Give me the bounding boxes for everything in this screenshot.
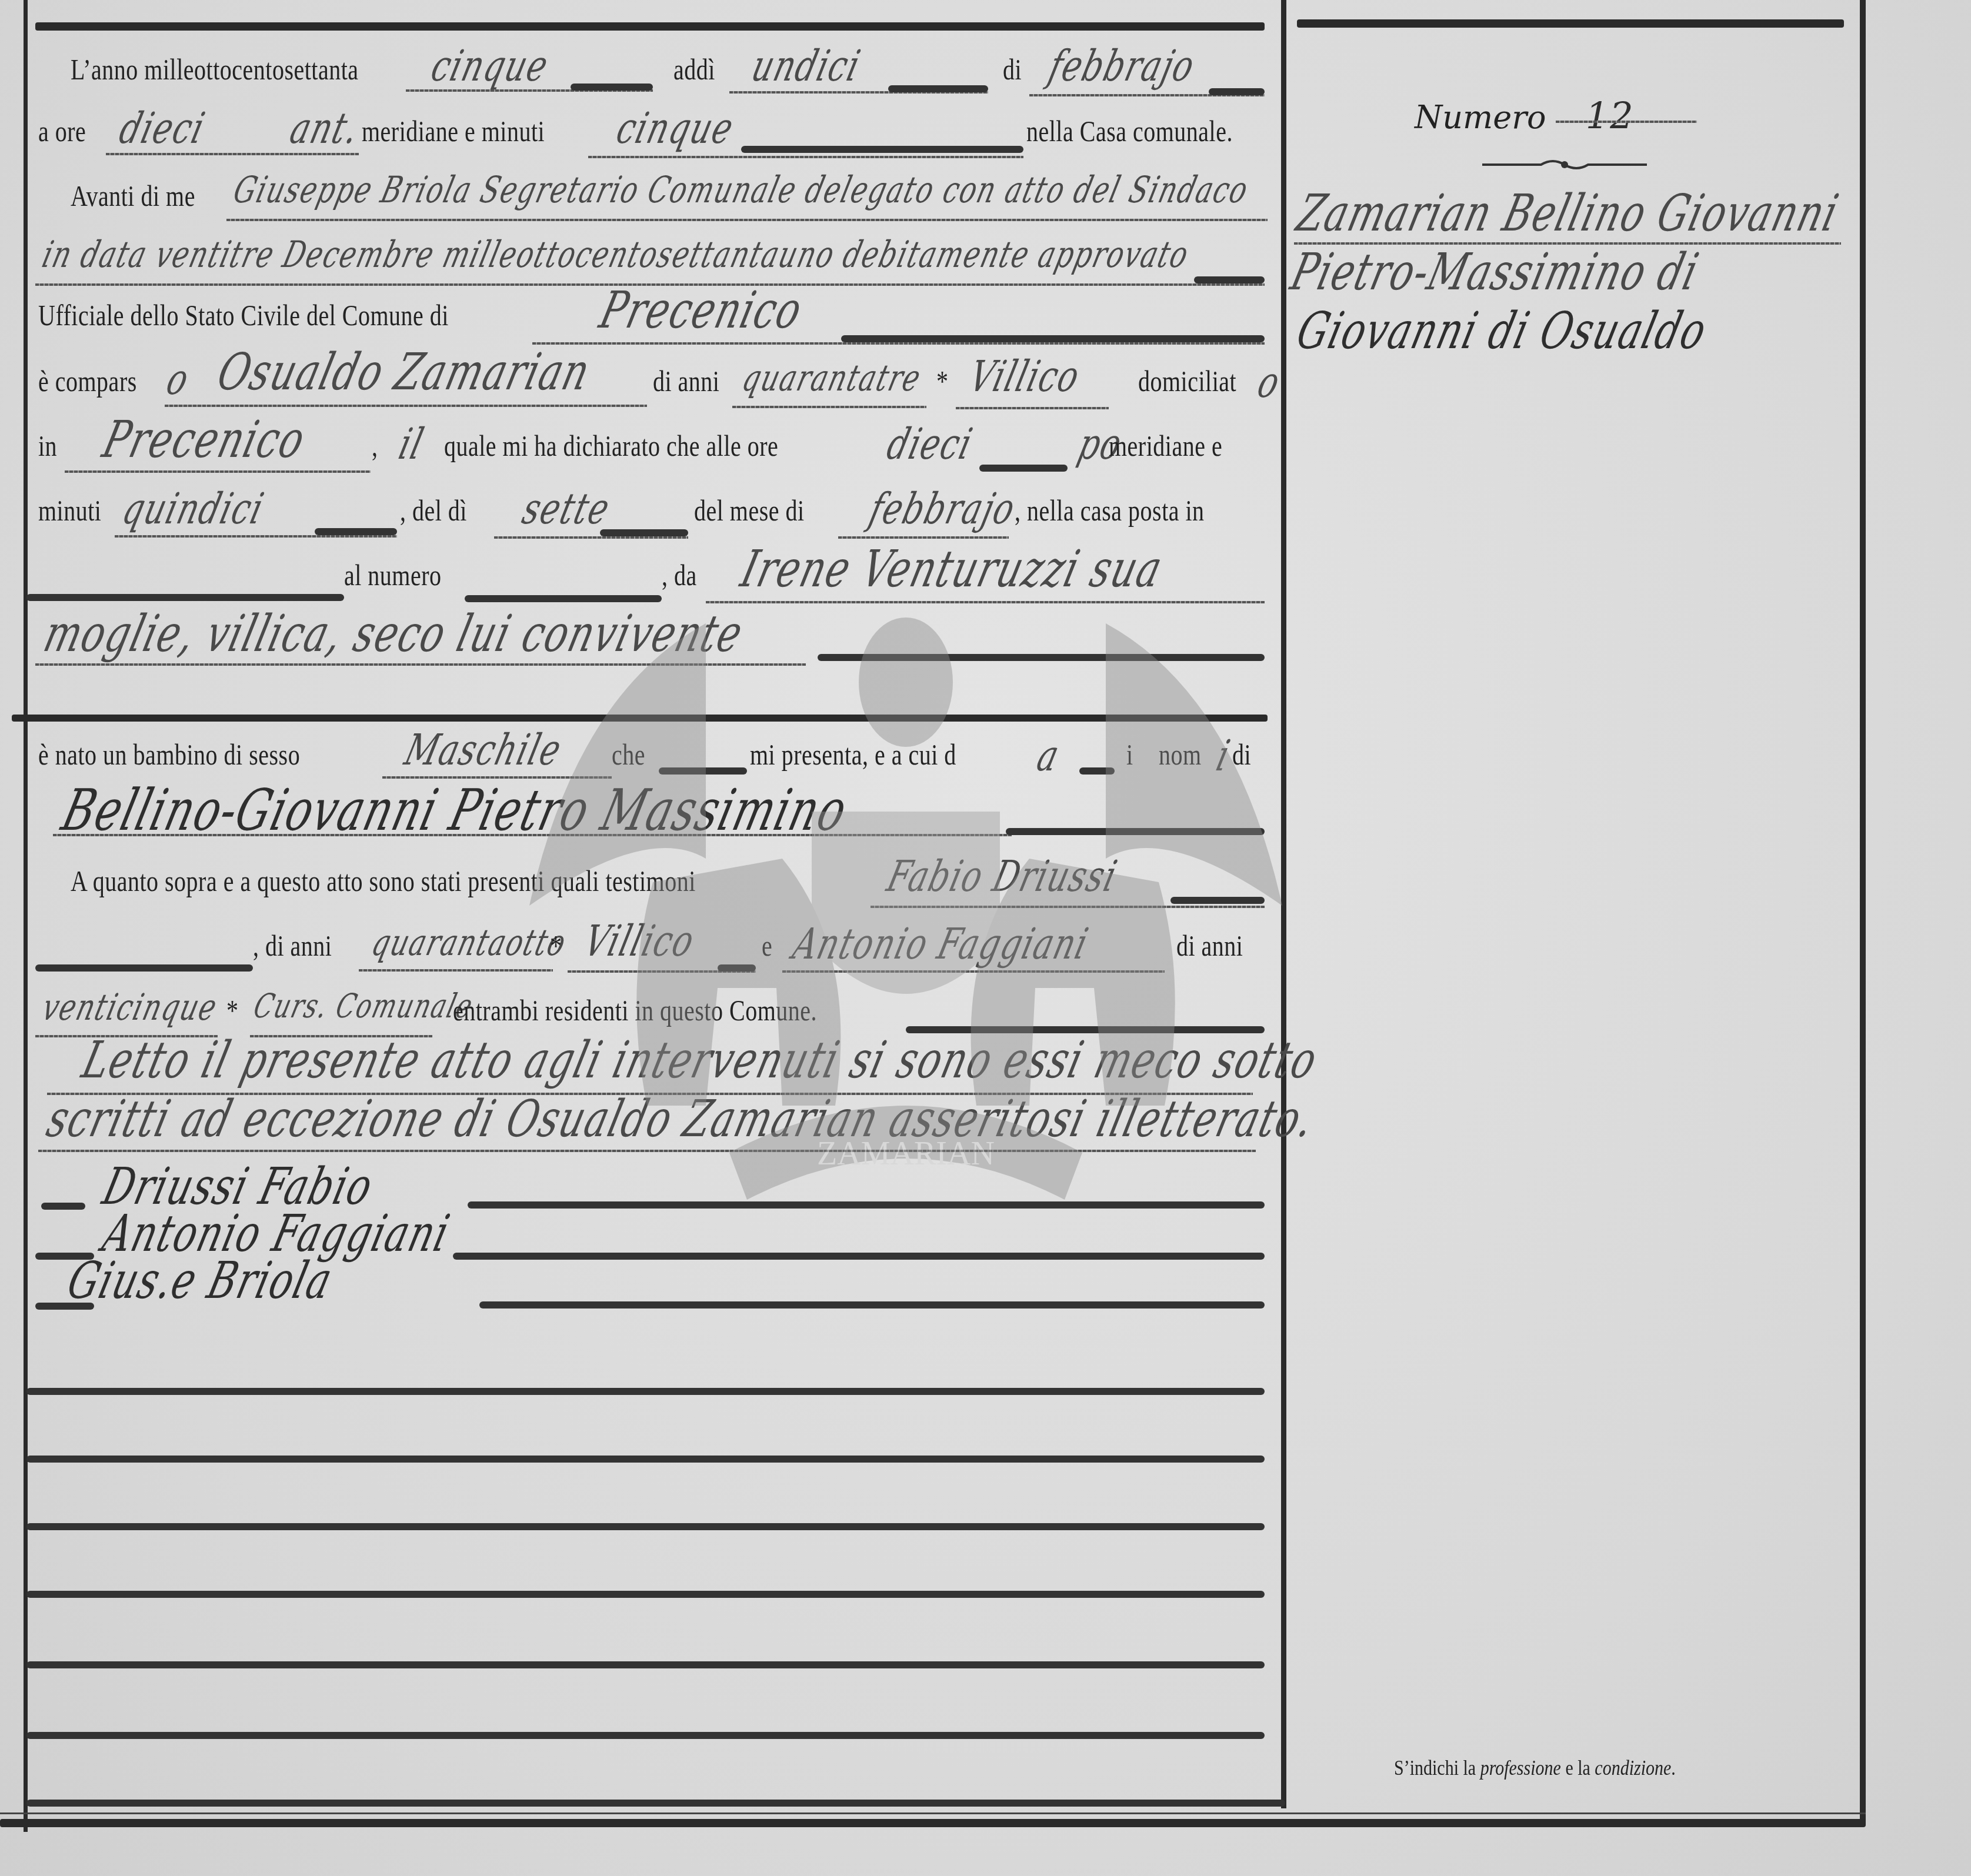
printed-text: * xyxy=(226,993,239,1027)
handwritten-sex: Maschile xyxy=(400,725,567,775)
handwritten-age2: venticinque xyxy=(38,986,222,1029)
printed-text: al numero xyxy=(344,558,442,592)
top-rule-right xyxy=(1297,19,1844,28)
margin-annotation-line: Giovanni di Osualdo xyxy=(1291,302,1713,361)
right-border xyxy=(1860,0,1866,1823)
margin-annotation-line: Pietro-Massimino di xyxy=(1285,243,1705,302)
printed-text: , nella casa posta in xyxy=(1015,493,1205,528)
handwritten-hour: dieci xyxy=(115,104,211,153)
handwritten-article: il xyxy=(394,419,429,469)
printed-text: quale mi ha dichiarato che alle ore xyxy=(444,428,778,463)
printed-text: entrambi residenti in questo Comune. xyxy=(453,993,817,1027)
handwritten-closing-cont: scritti ad eccezione di Osualdo Zamarian… xyxy=(41,1090,1320,1149)
numero-value: 12 xyxy=(1586,94,1635,137)
printed-text: è compars xyxy=(38,363,137,398)
top-rule-left xyxy=(35,22,1265,31)
handwritten-year: cinque xyxy=(426,41,554,91)
printed-text: , da xyxy=(662,558,697,592)
handwritten-child-names: Bellino-Giovanni Pietro Massimino xyxy=(56,777,854,843)
printed-text: L’anno milleottocentosettanta xyxy=(71,52,359,86)
handwritten-day: sette xyxy=(518,484,615,534)
handwritten-minutes: cinque xyxy=(612,104,739,153)
bottom-border-thin xyxy=(0,1812,1866,1814)
printed-text: del mese di xyxy=(694,493,805,528)
printed-text: nella Casa comunale. xyxy=(1026,114,1233,148)
section-divider xyxy=(12,715,1268,722)
bottom-border-thick xyxy=(0,1819,1866,1827)
handwritten-hour: dieci xyxy=(882,419,978,469)
printed-text: nom xyxy=(1159,737,1202,772)
printed-text: domiciliat xyxy=(1138,363,1236,398)
handwritten-officer: Giuseppe Briola Segretario Comunale dele… xyxy=(229,168,1253,211)
handwritten-day: undici xyxy=(747,41,866,91)
handwritten-declarant: Osualdo Zamarian xyxy=(212,343,596,402)
handwritten-officer-cont: in data ventitre Decembre milleottocento… xyxy=(38,233,1193,276)
footnote: S’indichi la professione e la condizione… xyxy=(1394,1757,1676,1781)
printed-text: di anni xyxy=(653,363,719,398)
handwritten-occupation1: Villico xyxy=(579,916,700,966)
printed-text: Ufficiale dello Stato Civile del Comune … xyxy=(38,298,449,332)
printed-text: , xyxy=(372,428,378,463)
printed-text: * xyxy=(936,363,949,398)
printed-text: minuti xyxy=(38,493,101,528)
printed-text: a ore xyxy=(38,114,86,148)
margin-annotation-line: Zamarian Bellino Giovanni xyxy=(1291,185,1845,243)
printed-text: addì xyxy=(673,52,715,86)
ornament-icon xyxy=(1482,156,1647,173)
handwritten-age: quarantatre xyxy=(738,356,926,399)
handwritten-witness1: Fabio Driussi xyxy=(882,852,1123,902)
numero-label: Numero xyxy=(1415,99,1546,136)
printed-text: * xyxy=(550,928,562,963)
handwritten-month: febbrajo xyxy=(1044,41,1200,91)
handwritten-suffix: a xyxy=(1032,731,1065,781)
printed-text: meridiane e xyxy=(1109,428,1222,463)
handwritten-age1: quarantaotto xyxy=(368,921,571,964)
handwritten-minutes: quindici xyxy=(118,484,269,534)
handwritten-witness2: Antonio Faggiani xyxy=(788,919,1094,969)
footnote-emphasis: condizione xyxy=(1595,1757,1671,1780)
handwritten-comune: Precenico xyxy=(594,282,808,341)
printed-text: Avanti di me xyxy=(71,178,195,213)
printed-text: , di anni xyxy=(253,928,332,963)
printed-text: è nato un bambino di sesso xyxy=(38,737,300,772)
printed-text: meridiane e minuti xyxy=(362,114,545,148)
handwritten-month: febbrajo xyxy=(865,484,1021,534)
printed-text: che xyxy=(612,737,645,772)
handwritten-residence: Precenico xyxy=(97,411,311,470)
record-number: Numero 12 xyxy=(1415,94,1605,137)
footnote-text: S’indichi la xyxy=(1394,1757,1480,1780)
handwritten-mother-cont: moglie, villica, seco lui convivente xyxy=(38,605,749,664)
handwritten-occupation2: Curs. Comunale xyxy=(250,987,478,1026)
footnote-emphasis: professione xyxy=(1480,1757,1561,1780)
handwritten-suffix: o xyxy=(162,355,195,405)
column-divider xyxy=(1281,0,1286,1808)
footnote-text: . xyxy=(1671,1757,1676,1780)
printed-text: mi presenta, e a cui d xyxy=(750,737,956,772)
footnote-text: e la xyxy=(1561,1757,1595,1780)
left-border xyxy=(24,0,28,1832)
handwritten-mother: Irene Venturuzzi sua xyxy=(735,540,1169,599)
printed-text: i xyxy=(1126,737,1133,772)
printed-text: di anni xyxy=(1176,928,1243,963)
printed-text: e xyxy=(762,928,772,963)
document-page: L’anno milleottocentosettanta cinque add… xyxy=(0,0,1971,1876)
printed-text: di xyxy=(1003,52,1022,86)
printed-text: in xyxy=(38,428,57,463)
signature-officer: Gius.e Briola xyxy=(62,1252,338,1311)
printed-text: A quanto sopra e a questo atto sono stat… xyxy=(71,863,696,898)
handwritten-ante: ant. xyxy=(285,104,365,153)
printed-text: di xyxy=(1232,737,1251,772)
handwritten-closing: Letto il presente atto agli intervenuti … xyxy=(76,1032,1323,1090)
printed-text: , del dì xyxy=(400,493,467,528)
handwritten-occupation: Villico xyxy=(965,352,1085,402)
